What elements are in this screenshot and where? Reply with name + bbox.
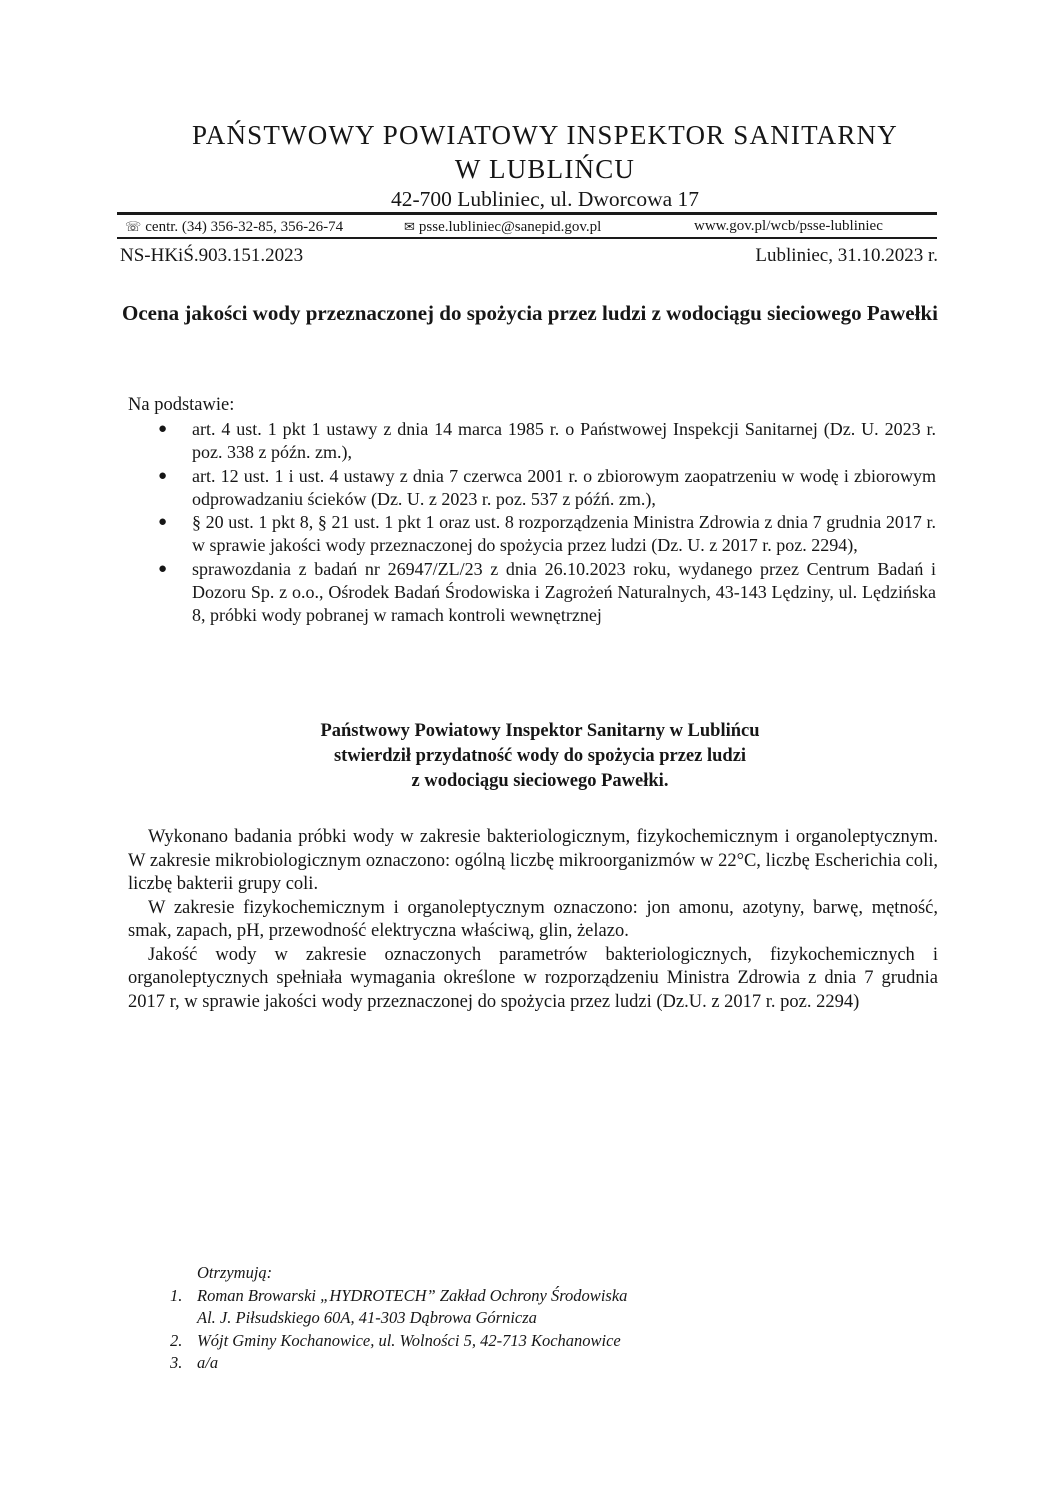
bullet-icon: ●: [158, 418, 167, 441]
paragraph: Jakość wody w zakresie oznaczonych param…: [128, 944, 938, 1015]
recipient-item: 3. a/a: [170, 1352, 627, 1375]
document-page: PAŃSTWOWY POWIATOWY INSPEKTOR SANITARNY …: [0, 0, 1058, 1496]
legal-basis-item: ●§ 20 ust. 1 pkt 8, § 21 ust. 1 pkt 1 or…: [158, 511, 936, 558]
recipients-label: Otrzymują:: [170, 1262, 627, 1285]
bullet-icon: ●: [158, 511, 167, 534]
email-text[interactable]: psse.lubliniec@sanepid.gov.pl: [419, 219, 601, 235]
basis-intro: Na podstawie:: [128, 394, 234, 417]
legal-basis-item: ●sprawozdania z badań nr 26947/ZL/23 z d…: [158, 558, 936, 628]
decision-statement: Państwowy Powiatowy Inspektor Sanitarny …: [200, 719, 880, 794]
authority-name: PAŃSTWOWY POWIATOWY INSPEKTOR SANITARNY: [100, 118, 990, 152]
bullet-icon: ●: [158, 465, 167, 488]
contact-phone: ☏centr. (34) 356-32-85, 356-26-74: [125, 217, 343, 237]
phone-text: centr. (34) 356-32-85, 356-26-74: [145, 219, 343, 235]
legal-basis-item: ●art. 12 ust. 1 i ust. 4 ustawy z dnia 7…: [158, 465, 936, 512]
contact-email[interactable]: ✉psse.lubliniec@sanepid.gov.pl: [404, 217, 601, 237]
recipients-list: 1. Roman Browarski „HYDROTECH” Zakład Oc…: [170, 1285, 627, 1375]
paragraph: W zakresie fizykochemicznym i organolept…: [128, 897, 938, 944]
telephone-icon: ☏: [125, 217, 141, 236]
document-title: Ocena jakości wody przeznaczonej do spoż…: [120, 298, 940, 329]
email-icon: ✉: [404, 217, 415, 236]
header-divider-bottom: [117, 237, 937, 239]
authority-address: 42-700 Lubliniec, ul. Dworcowa 17: [100, 186, 990, 212]
header-divider-top: [117, 212, 937, 215]
place-date: Lubliniec, 31.10.2023 r.: [755, 244, 938, 268]
findings-text: Wykonano badania próbki wody w zakresie …: [128, 826, 938, 1014]
recipient-item: 2. Wójt Gminy Kochanowice, ul. Wolności …: [170, 1330, 627, 1353]
contact-website[interactable]: www.gov.pl/wcb/psse-lubliniec: [694, 217, 883, 236]
bullet-icon: ●: [158, 558, 167, 581]
reference-number: NS-HKiŚ.903.151.2023: [120, 244, 303, 268]
paragraph: Wykonano badania próbki wody w zakresie …: [128, 826, 938, 897]
legal-basis-item: ●art. 4 ust. 1 pkt 1 ustawy z dnia 14 ma…: [158, 418, 936, 465]
authority-city: W LUBLIŃCU: [100, 152, 990, 186]
recipient-item: 1. Roman Browarski „HYDROTECH” Zakład Oc…: [170, 1285, 627, 1330]
legal-basis-list: ●art. 4 ust. 1 pkt 1 ustawy z dnia 14 ma…: [158, 418, 936, 628]
recipients-block: Otrzymują: 1. Roman Browarski „HYDROTECH…: [170, 1262, 627, 1375]
